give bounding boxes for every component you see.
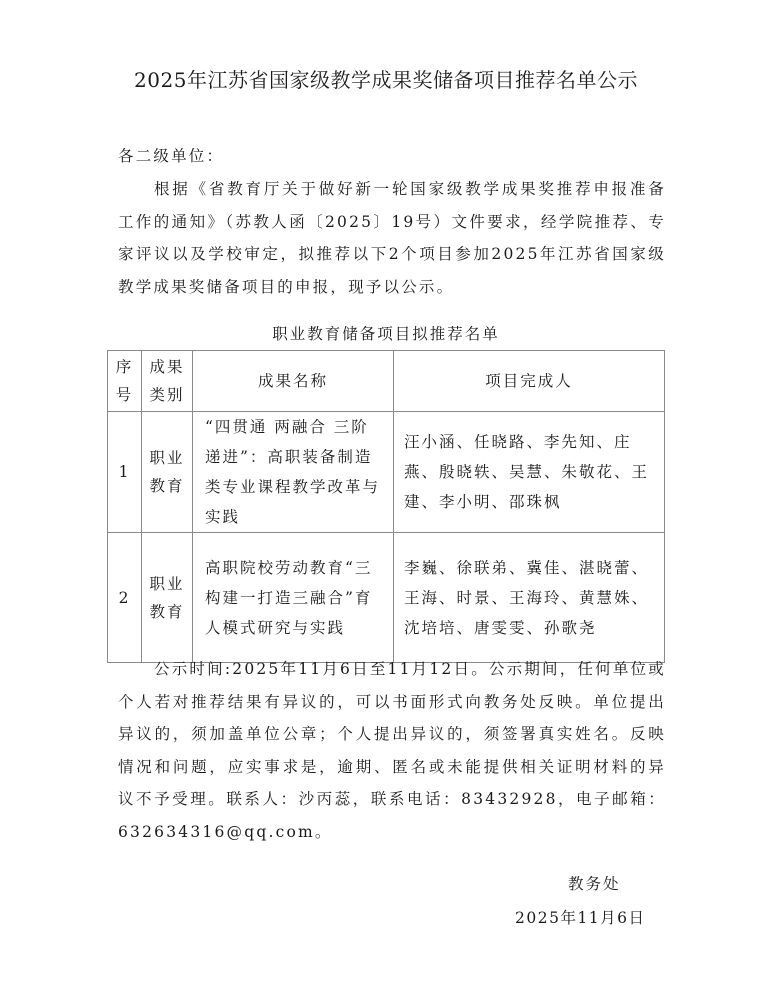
header-type: 成果类别 bbox=[142, 351, 193, 412]
table-header-row: 序号 成果类别 成果名称 项目完成人 bbox=[108, 351, 665, 412]
achievement-name: 高职院校劳动教育“三构建一打造三融合”育人模式研究与实践 bbox=[193, 553, 393, 643]
cell-type: 职业教育 bbox=[142, 412, 193, 533]
table-caption: 职业教育储备项目拟推荐名单 bbox=[0, 322, 772, 344]
cell-type: 职业教育 bbox=[142, 533, 193, 663]
table-row: 2 职业教育 高职院校劳动教育“三构建一打造三融合”育人模式研究与实践 李巍、徐… bbox=[108, 533, 665, 663]
signature-office: 教务处 bbox=[568, 872, 621, 894]
notice-paragraph: 公示时间:2025年11月6日至11月12日。公示期间，任何单位或个人若对推荐结… bbox=[118, 653, 666, 848]
document-title: 2025年江苏省国家级教学成果奖储备项目推荐名单公示 bbox=[0, 64, 772, 93]
cell-people: 汪小涵、任晓路、李先知、庄燕、殷晓轶、吴慧、朱敬花、王建、李小明、邵珠枫 bbox=[394, 412, 665, 533]
header-no: 序号 bbox=[108, 351, 142, 412]
header-people: 项目完成人 bbox=[394, 351, 665, 412]
team-members: 李巍、徐联弟、冀佳、湛晓蕾、王海、时景、王海玲、黄慧姝、沈培培、唐雯雯、孙歌尧 bbox=[394, 553, 664, 643]
cell-no: 2 bbox=[108, 533, 142, 663]
cell-name: 高职院校劳动教育“三构建一打造三融合”育人模式研究与实践 bbox=[193, 533, 394, 663]
cell-no: 1 bbox=[108, 412, 142, 533]
cell-name: “四贯通 两融合 三阶递进”：高职装备制造类专业课程教学改革与实践 bbox=[193, 412, 394, 533]
salutation: 各二级单位： bbox=[118, 140, 666, 173]
achievement-name: “四贯通 两融合 三阶递进”：高职装备制造类专业课程教学改革与实践 bbox=[193, 412, 393, 532]
header-name: 成果名称 bbox=[193, 351, 394, 412]
table-row: 1 职业教育 “四贯通 两融合 三阶递进”：高职装备制造类专业课程教学改革与实践… bbox=[108, 412, 665, 533]
intro-paragraph: 根据《省教育厅关于做好新一轮国家级教学成果奖推荐申报准备工作的通知》（苏教人函〔… bbox=[118, 173, 666, 303]
team-members: 汪小涵、任晓路、李先知、庄燕、殷晓轶、吴慧、朱敬花、王建、李小明、邵珠枫 bbox=[394, 427, 664, 517]
recommendation-table: 序号 成果类别 成果名称 项目完成人 1 职业教育 “四贯通 两融合 三阶递进”… bbox=[107, 350, 665, 663]
cell-people: 李巍、徐联弟、冀佳、湛晓蕾、王海、时景、王海玲、黄慧姝、沈培培、唐雯雯、孙歌尧 bbox=[394, 533, 665, 663]
signature-date: 2025年11月6日 bbox=[515, 906, 646, 928]
